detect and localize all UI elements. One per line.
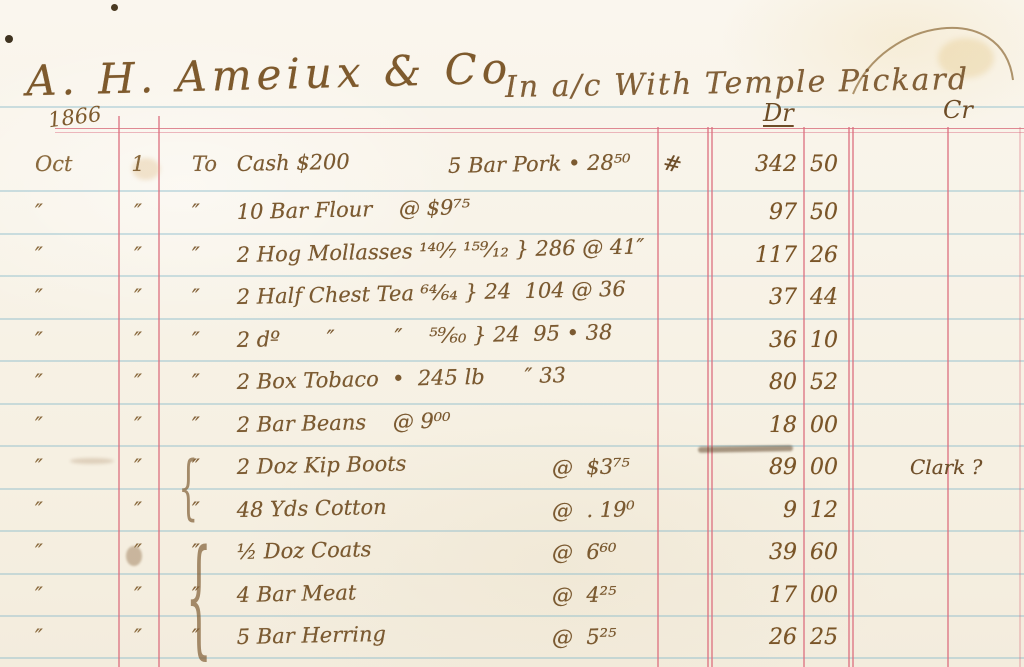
paper-speck xyxy=(5,35,13,43)
ruled-line-blue xyxy=(0,106,1024,108)
entry-date: ″ xyxy=(35,413,43,437)
entry-amount-dollars: 117 xyxy=(700,243,797,268)
entry-description: Cash $200 xyxy=(236,150,349,176)
entry-day: ″ xyxy=(120,328,156,352)
entry-rate: @ 5²⁵ xyxy=(552,624,617,649)
entry-day: ″ xyxy=(120,540,156,564)
ledger-row: ″ ″ ″ 2 Bar Beans @ 9⁰⁰ 18 00 xyxy=(0,413,1024,457)
entry-amount-dollars: 18 xyxy=(700,413,797,438)
entry-amount-cents: 00 xyxy=(810,413,860,438)
entry-date: Oct xyxy=(35,152,72,176)
entry-check-mark: # xyxy=(660,150,684,179)
entry-day: 1 xyxy=(120,152,156,176)
ledger-row: ″ ″ ″ ½ Doz Coats @ 6⁶⁰ 39 60 xyxy=(0,540,1024,584)
entry-date: ″ xyxy=(35,243,43,267)
entry-amount-dollars: 39 xyxy=(700,540,797,565)
entry-amount-cents: 10 xyxy=(810,328,860,353)
entry-description: 48 Yds Cotton xyxy=(236,495,386,522)
entry-day: ″ xyxy=(120,243,156,267)
entry-rate: @ . 19⁰ xyxy=(552,497,635,523)
entry-description: 2 Bar Beans @ 9⁰⁰ xyxy=(236,409,450,437)
ruled-line-red-horizontal xyxy=(55,132,1024,134)
ledger-row: ″ ″ ″ 2 Doz Kip Boots @ $3⁷⁵ 89 00 Clark… xyxy=(0,455,1024,499)
entry-amount-cents: 50 xyxy=(810,200,860,225)
entry-note: Clark ? xyxy=(910,455,1022,479)
entry-rate: @ 4²⁵ xyxy=(552,582,617,607)
ledger-row: ″ ″ ″ 2 Box Tobaco • 245 lb ″ 33 80 52 xyxy=(0,370,1024,414)
entry-date: ″ xyxy=(35,200,43,224)
entry-rate: @ 6⁶⁰ xyxy=(552,539,617,564)
entry-amount-dollars: 97 xyxy=(700,200,797,225)
entry-amount-dollars: 36 xyxy=(700,328,797,353)
entry-to-mark: ″ xyxy=(192,413,200,437)
paper-speck xyxy=(111,4,118,11)
entry-amount-dollars: 17 xyxy=(700,583,797,608)
entry-amount-cents: 60 xyxy=(810,540,860,565)
entry-date: ″ xyxy=(35,625,43,649)
entry-date: ″ xyxy=(35,455,43,479)
grouping-brace: { xyxy=(178,452,198,522)
entry-description: 2 Doz Kip Boots xyxy=(236,451,406,479)
entry-day: ″ xyxy=(120,413,156,437)
entry-description-2: 5 Bar Pork • 28⁵⁰ xyxy=(448,150,631,178)
entry-amount-cents: 44 xyxy=(810,285,860,310)
entry-to-mark: To xyxy=(192,152,217,176)
entry-rate: @ $3⁷⁵ xyxy=(552,454,630,480)
entry-amount-dollars: 37 xyxy=(700,285,797,310)
entry-amount-cents: 26 xyxy=(810,243,860,268)
entry-to-mark: ″ xyxy=(192,328,200,352)
ruled-line-red-horizontal xyxy=(55,128,1024,130)
debit-label: Dr xyxy=(763,99,794,127)
ledger-row: ″ ″ ″ 4 Bar Meat @ 4²⁵ 17 00 xyxy=(0,583,1024,627)
entry-to-mark: ″ xyxy=(192,370,200,394)
entry-to-mark: ″ xyxy=(192,200,200,224)
entry-day: ″ xyxy=(120,455,156,479)
entry-to-mark: ″ xyxy=(192,285,200,309)
entry-amount-cents: 00 xyxy=(810,455,860,480)
credit-label: Cr xyxy=(943,96,973,124)
entry-amount-cents: 00 xyxy=(810,583,860,608)
entry-date: ″ xyxy=(35,498,43,522)
entry-day: ″ xyxy=(120,370,156,394)
entry-day: ″ xyxy=(120,285,156,309)
entry-description: 4 Bar Meat xyxy=(236,581,356,607)
entry-date: ″ xyxy=(35,328,43,352)
entry-amount-dollars: 26 xyxy=(700,625,797,650)
entry-to-mark: ″ xyxy=(192,243,200,267)
entry-amount-cents: 25 xyxy=(810,625,860,650)
entry-amount-dollars: 89 xyxy=(700,455,797,480)
account-title: A. H. Ameiux & Co xyxy=(25,44,512,106)
account-with-title: In a/c With Temple Pickard xyxy=(505,62,970,105)
entry-amount-cents: 12 xyxy=(810,498,860,523)
entry-date: ″ xyxy=(35,583,43,607)
entry-date: ″ xyxy=(35,370,43,394)
entry-date: ″ xyxy=(35,285,43,309)
grouping-brace: { xyxy=(186,534,212,662)
entry-description: 10 Bar Flour @ $9⁷⁵ xyxy=(236,195,470,224)
entry-day: ″ xyxy=(120,583,156,607)
ledger-row: ″ ″ ″ 5 Bar Herring @ 5²⁵ 26 25 xyxy=(0,625,1024,667)
entry-amount-dollars: 9 xyxy=(700,498,797,523)
entry-day: ″ xyxy=(120,498,156,522)
entry-description: ½ Doz Coats xyxy=(236,537,371,564)
ledger-page: A. H. Ameiux & Co In a/c With Temple Pic… xyxy=(0,0,1024,667)
entry-amount-dollars: 342 xyxy=(700,152,797,177)
entry-day: ″ xyxy=(120,625,156,649)
ledger-row: Oct 1 To Cash $200 5 Bar Pork • 28⁵⁰ # 3… xyxy=(0,152,1024,196)
ledger-row: ″ ″ ″ 48 Yds Cotton @ . 19⁰ 9 12 xyxy=(0,498,1024,542)
entry-date: ″ xyxy=(35,540,43,564)
entry-amount-cents: 52 xyxy=(810,370,860,395)
entry-amount-dollars: 80 xyxy=(700,370,797,395)
entry-day: ″ xyxy=(120,200,156,224)
entry-description: 5 Bar Herring xyxy=(236,622,386,649)
entry-amount-cents: 50 xyxy=(810,152,860,177)
